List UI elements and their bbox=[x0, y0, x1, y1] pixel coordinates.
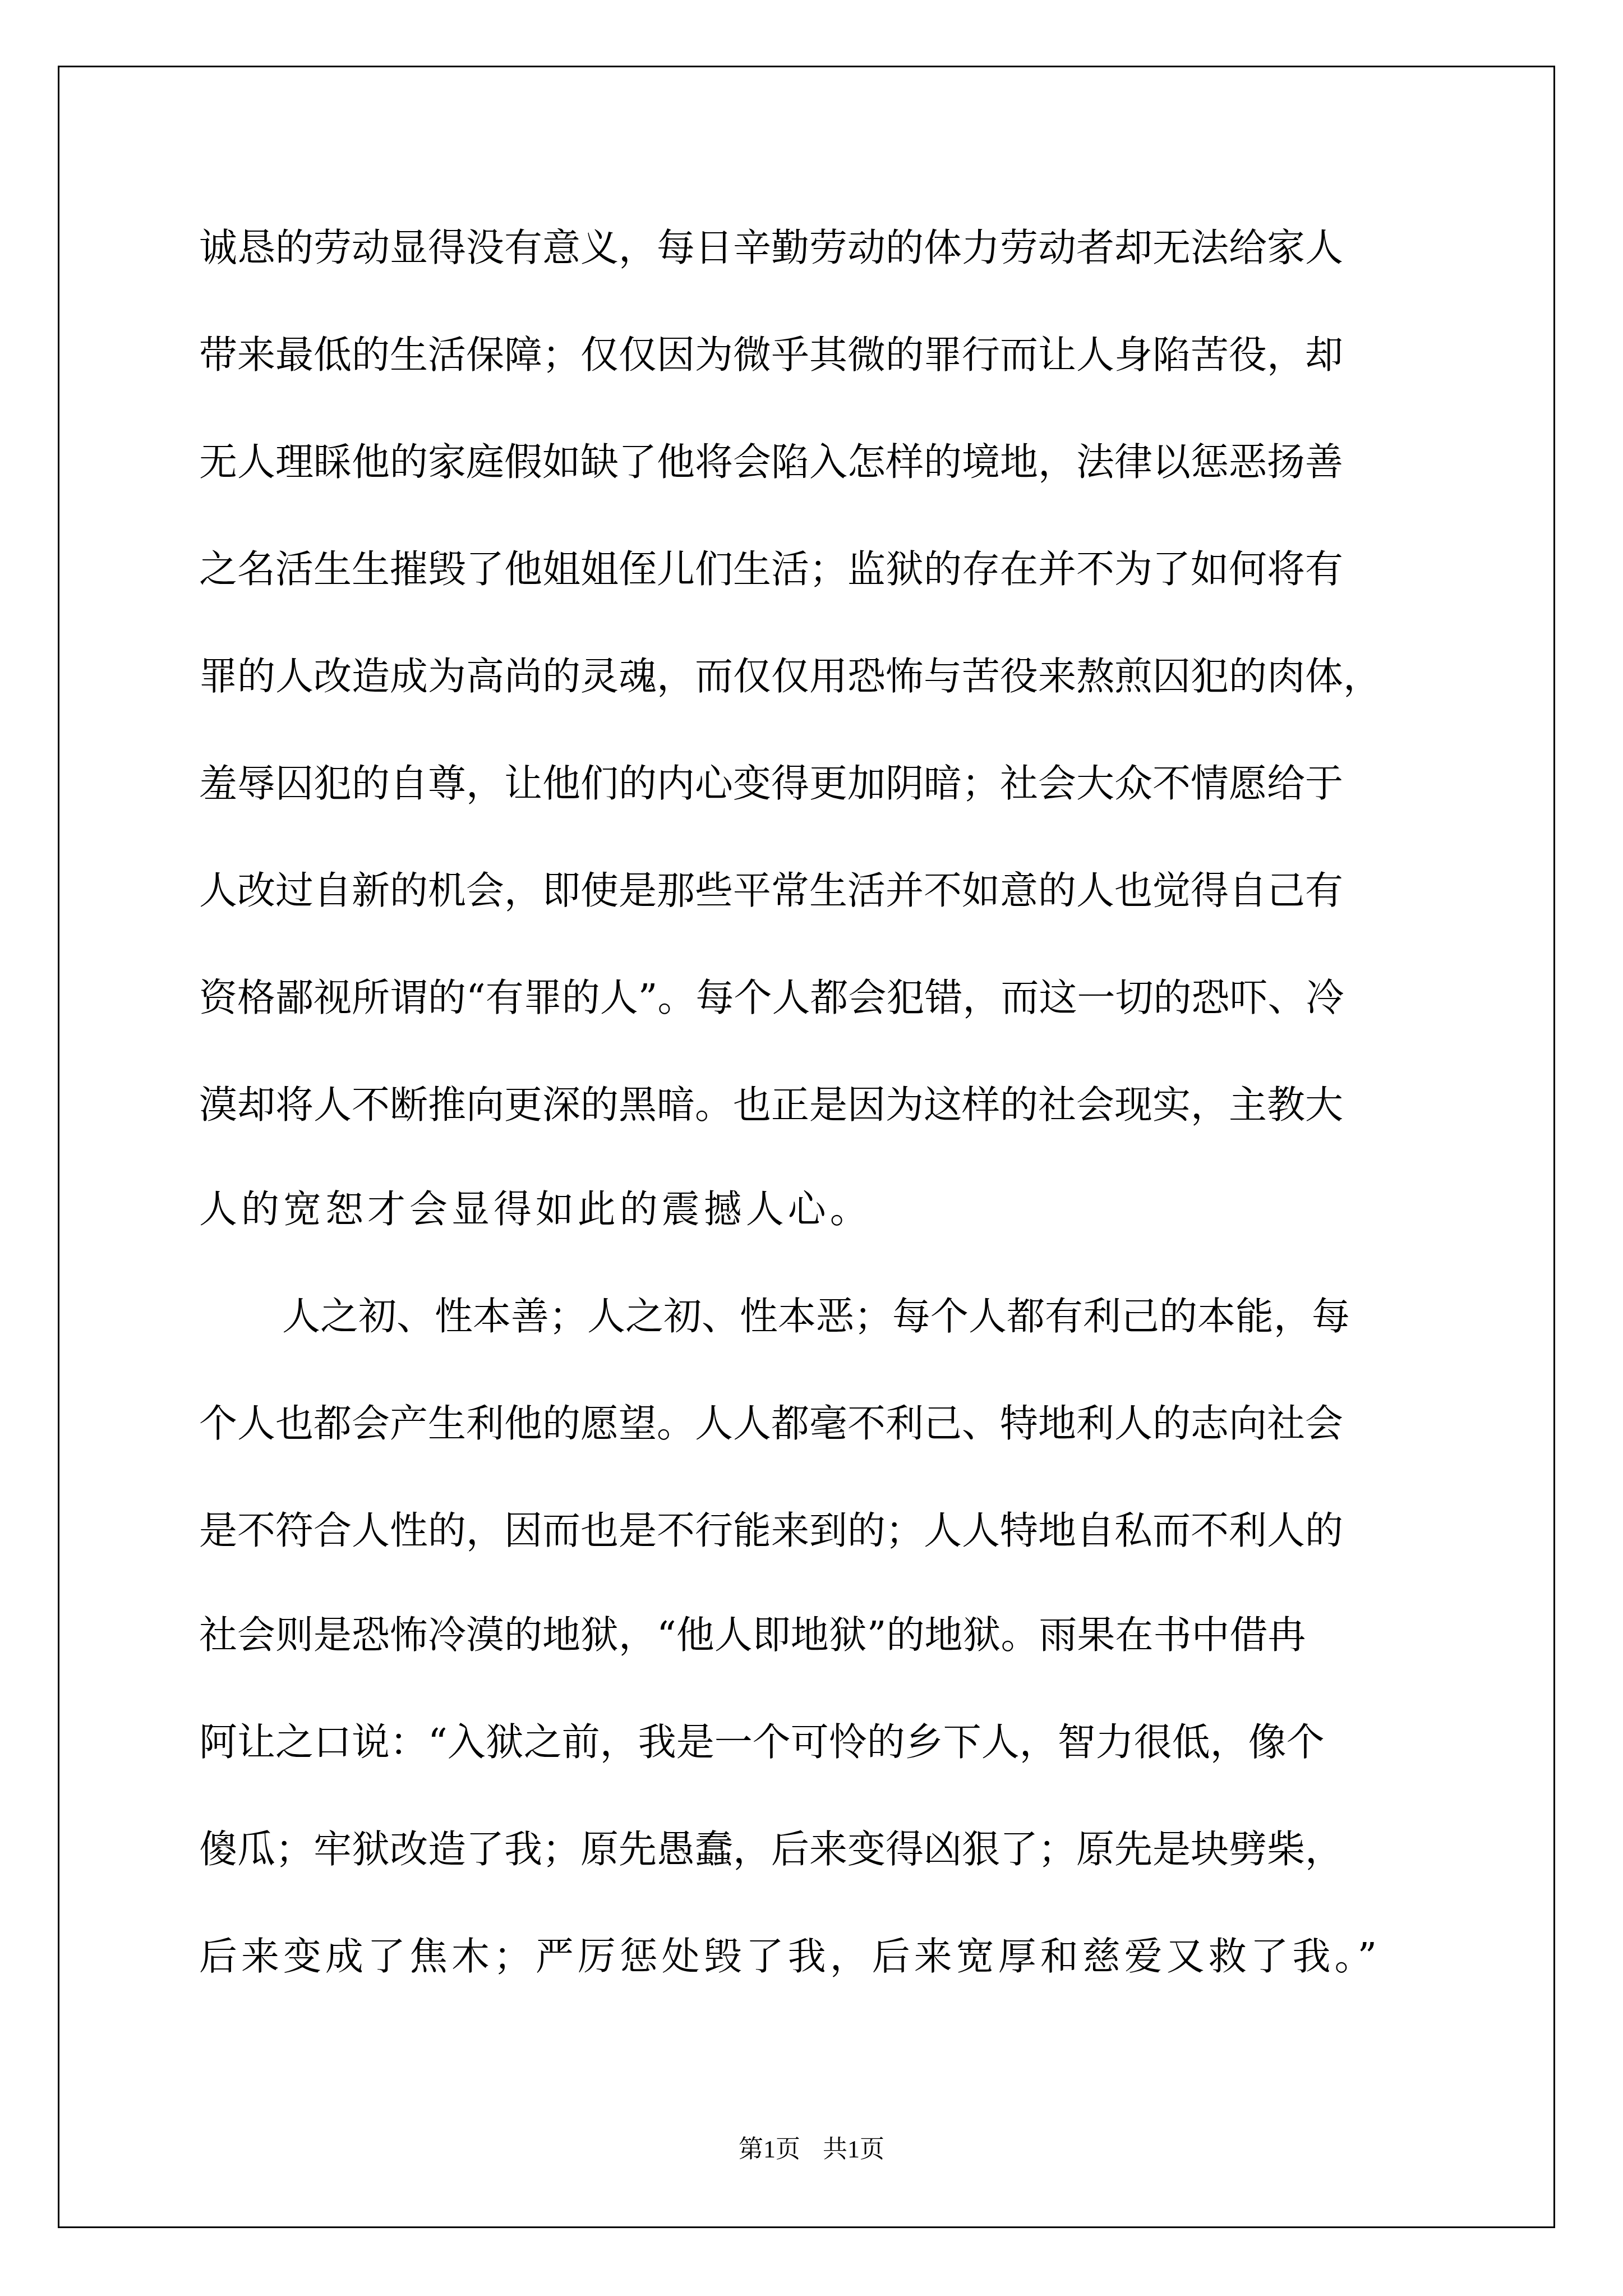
paragraph-1-line-6: 羞辱囚犯的自尊，让他们的内心变得更加阴暗；社会大众不情愿给于 bbox=[199, 762, 1424, 807]
paragraph-2-line-4: 社会则是恐怖冷漠的地狱，“他人即地狱”的地狱。雨果在书中借冉 bbox=[199, 1613, 1424, 1658]
current-page-label: 第1页 bbox=[739, 2129, 800, 2165]
paragraph-1-line-10: 人的宽恕才会显得如此的震撼人心。 bbox=[199, 1188, 1424, 1232]
paragraph-2-line-1: 人之初、性本善；人之初、性本恶；每个人都有利己的本能，每 bbox=[282, 1295, 1424, 1340]
paragraph-1-line-3: 无人理睬他的家庭假如缺了他将会陷入怎样的境地，法律以惩恶扬善 bbox=[199, 440, 1424, 485]
page-border bbox=[58, 66, 1555, 2228]
page-footer: 第1页共1页 bbox=[0, 2129, 1623, 2165]
paragraph-1-line-5: 罪的人改造成为高尚的灵魂，而仅仅用恐怖与苦役来熬煎囚犯的肉体， bbox=[199, 655, 1424, 700]
paragraph-1-line-4: 之名活生生摧毁了他姐姐侄儿们生活；监狱的存在并不为了如何将有 bbox=[199, 547, 1424, 592]
paragraph-2-line-2: 个人也都会产生利他的愿望。人人都毫不利己、特地利人的志向社会 bbox=[199, 1402, 1424, 1447]
paragraph-1-line-2: 带来最低的生活保障；仅仅因为微乎其微的罪行而让人身陷苦役，却 bbox=[199, 333, 1424, 378]
paragraph-2-line-7: 后来变成了焦木；严厉惩处毁了我，后来宽厚和慈爱又救了我。” bbox=[199, 1935, 1424, 1980]
total-pages-label: 共1页 bbox=[823, 2129, 884, 2165]
paragraph-1-line-7: 人改过自新的机会，即使是那些平常生活并不如意的人也觉得自己有 bbox=[199, 869, 1424, 914]
paragraph-1-line-9: 漠却将人不断推向更深的黑暗。也正是因为这样的社会现实，主教大 bbox=[199, 1083, 1424, 1128]
paragraph-2-line-3: 是不符合人性的，因而也是不行能来到的；人人特地自私而不利人的 bbox=[199, 1509, 1424, 1554]
paragraph-1-line-1: 诚恳的劳动显得没有意义，每日辛勤劳动的体力劳动者却无法给家人 bbox=[199, 226, 1424, 271]
paragraph-1-line-8: 资格鄙视所谓的“有罪的人”。每个人都会犯错，而这一切的恐吓、冷 bbox=[199, 976, 1424, 1021]
paragraph-2-line-5: 阿让之口说：“入狱之前，我是一个可怜的乡下人，智力很低，像个 bbox=[199, 1720, 1424, 1765]
paragraph-2-line-6: 傻瓜；牢狱改造了我；原先愚蠢，后来变得凶狠了；原先是块劈柴， bbox=[199, 1828, 1424, 1872]
